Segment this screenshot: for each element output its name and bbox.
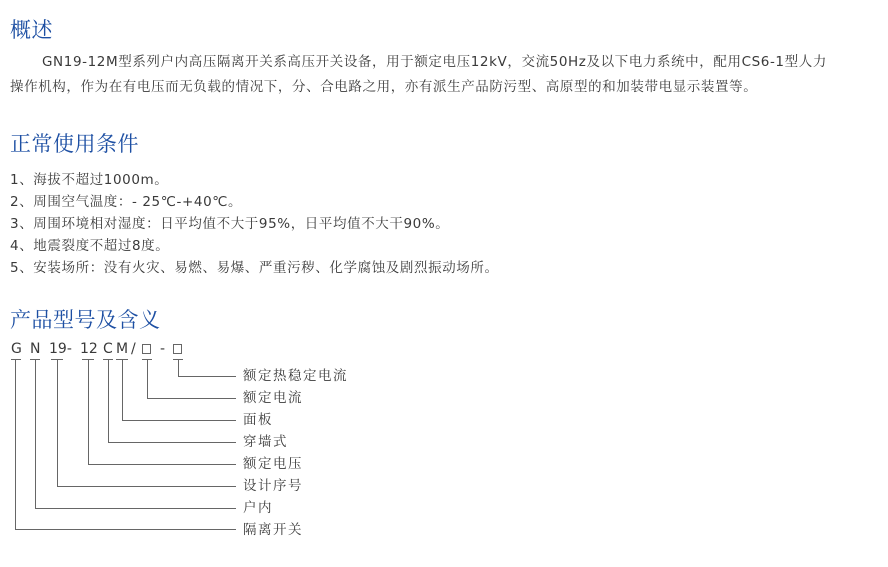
legend-disconnect-switch: 隔离开关	[243, 521, 303, 539]
legend-rated-voltage: 额定电压	[243, 455, 303, 473]
legend-rated-thermal-current: 额定热稳定电流	[243, 367, 348, 385]
legend-indoor: 户内	[243, 499, 273, 517]
legend-rated-current: 额定电流	[243, 389, 303, 407]
model-diagram-lines	[0, 0, 888, 567]
legend-wall-bushing-type: 穿墙式	[243, 433, 288, 451]
legend-panel: 面板	[243, 411, 273, 429]
legend-design-serial: 设计序号	[243, 477, 303, 495]
